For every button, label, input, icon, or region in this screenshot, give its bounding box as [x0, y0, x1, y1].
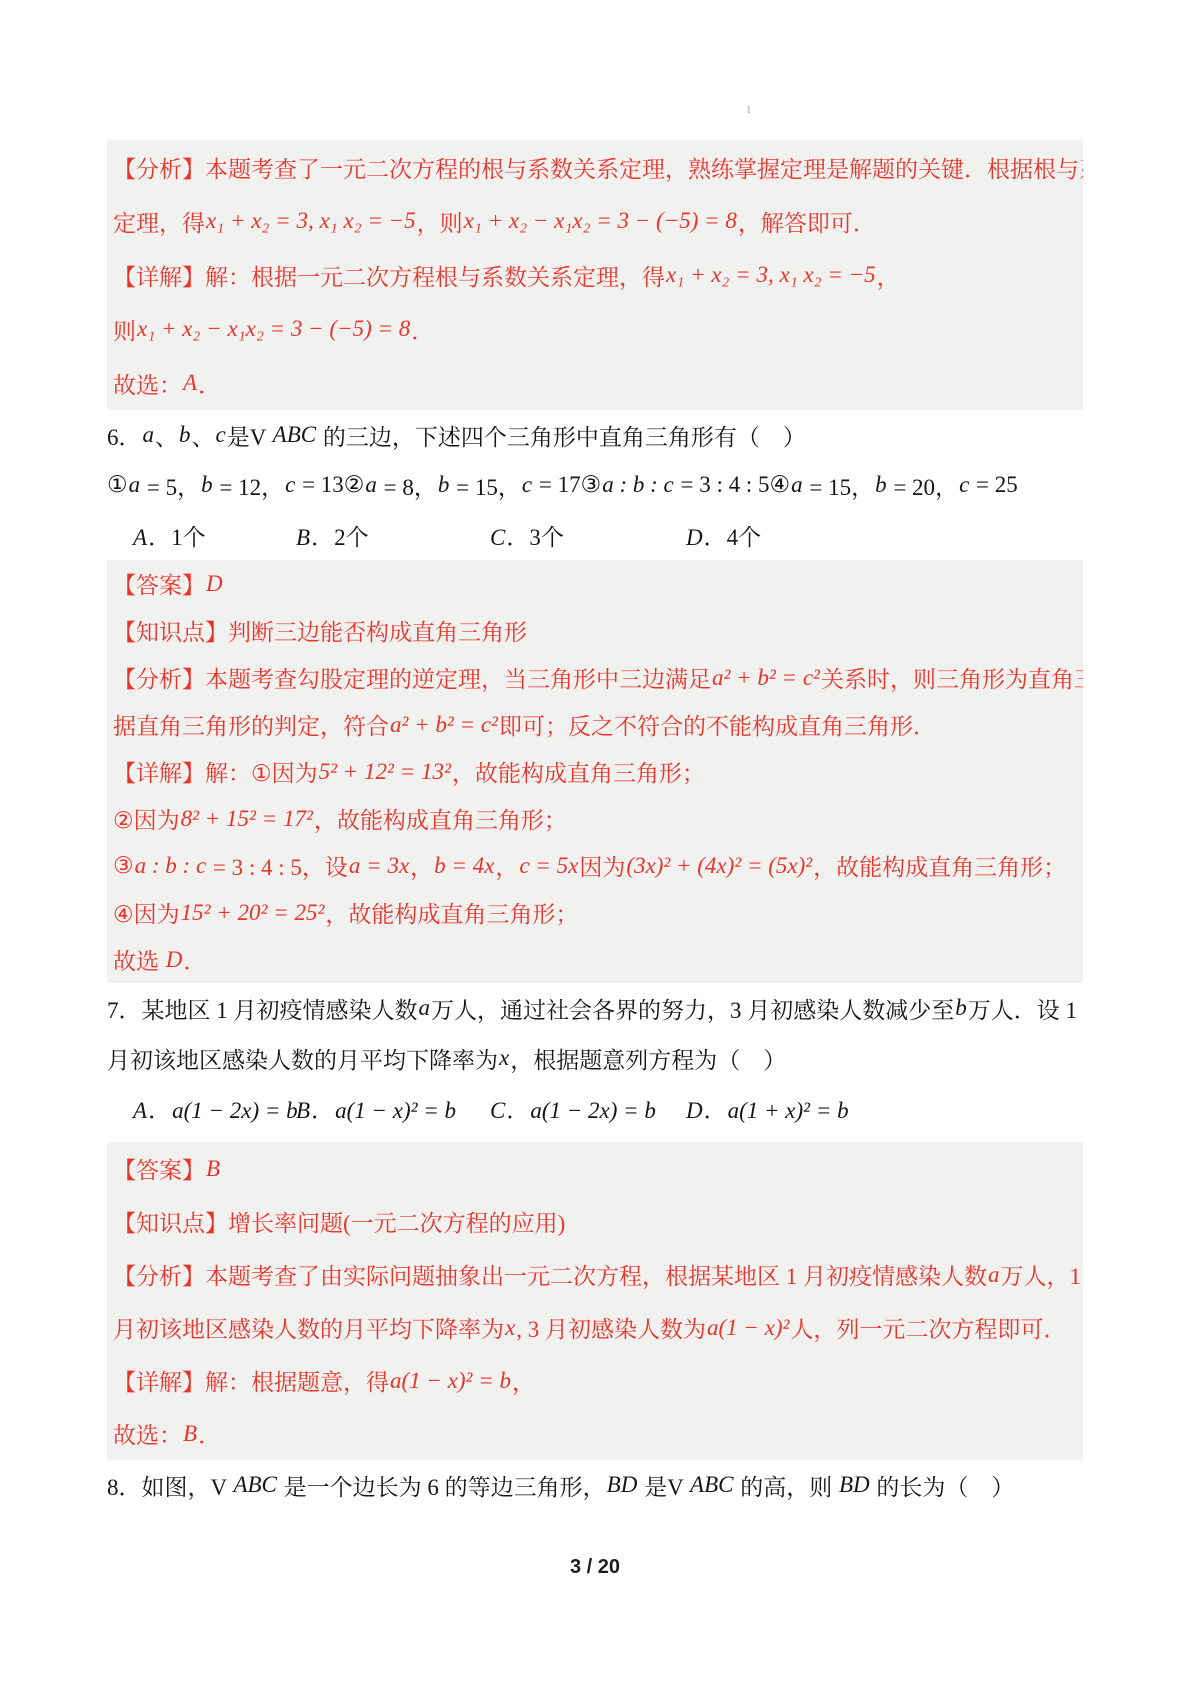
math-text: b: [200, 472, 214, 498]
text-run: 故选：: [113, 367, 182, 400]
text-run: = 3 : 4 : 5④: [675, 472, 790, 498]
text-run: 【分析】本题考查勾股定理的逆定理，当三角形中三边满足: [113, 661, 711, 694]
math-text: BD: [838, 1472, 871, 1498]
math-text: D: [205, 571, 224, 597]
text-run: 万人，通过社会各界的努力，3 月初感染人数减少至: [431, 992, 954, 1025]
document-page: I 【分析】本题考查了一元二次方程的根与系数关系定理，熟练掌握定理是解题的关键．…: [0, 0, 1190, 1683]
math-text: B: [205, 1156, 221, 1182]
text-run: 因为: [579, 849, 625, 882]
text-run: 故选：: [113, 1417, 182, 1450]
math-text: x: [498, 1045, 510, 1071]
text-line: 【知识点】增长率问题(一元二次方程的应用): [107, 1195, 1083, 1248]
math-text: A: [132, 1098, 148, 1123]
option-cell: A．a(1 − 2x) = b: [132, 1092, 295, 1125]
text-run: , 3 月初感染人数为: [516, 1311, 706, 1344]
text-line: 【答案】B: [107, 1142, 1083, 1195]
option-cell: B．2个: [295, 519, 489, 552]
math-text: b: [178, 422, 192, 448]
math-text: C: [489, 1098, 506, 1123]
text-run: 8．如图，V: [107, 1469, 232, 1502]
text-line: 月初该地区感染人数的月平均下降率为x, 3 月初感染人数为a(1 − x)²人，…: [107, 1301, 1083, 1354]
math-text: 8² + 15² = 17²: [180, 806, 314, 832]
text-line: ④因为15² + 20² = 25²，故能构成直角三角形；: [107, 889, 1083, 936]
text-run: 的三边，下述四个三角形中直角三角形有（ ）: [317, 419, 806, 452]
math-text: c = 5x: [518, 853, 579, 879]
text-run: ④因为: [113, 896, 180, 929]
text-run: ．: [506, 1098, 529, 1123]
text-line: ①a = 5，b = 12，c = 13②a = 8，b = 15，c = 17…: [107, 460, 1083, 510]
text-run: 6．: [107, 419, 142, 452]
text-run: ．2个: [311, 525, 369, 550]
question-7: 7．某地区 1 月初疫情感染人数a万人，通过社会各界的努力，3 月初感染人数减少…: [107, 983, 1083, 1133]
text-run: ．: [311, 1098, 334, 1123]
text-run: 月初该地区感染人数的月平均下降率为: [113, 1311, 504, 1344]
text-run: 的长为（ ）: [871, 1469, 1015, 1502]
text-run: ①: [107, 472, 128, 498]
math-text: c: [284, 472, 296, 498]
math-text: a = 3x: [348, 853, 410, 879]
text-run: 故选: [113, 943, 165, 976]
text-line: 【知识点】判断三边能否构成直角三角形: [107, 607, 1083, 654]
text-line: 【详解】解：①因为5² + 12² = 13²，故能构成直角三角形；: [107, 748, 1083, 795]
math-text: a(1 − 2x) = b: [529, 1098, 657, 1123]
text-line: 定理，得x₁ + x₂ = 3, x₁ x₂ = −5，则x₁ + x₂ − x…: [107, 194, 1083, 248]
text-run: ．3个: [506, 525, 564, 550]
math-text: 15² + 20² = 25²: [180, 900, 326, 926]
text-run: 关系时，则三角形为直角三角形．根: [821, 661, 1083, 694]
text-run: 是一个边长为 6 的等边三角形，: [278, 1469, 606, 1502]
math-text: ABC: [689, 1472, 734, 1498]
math-text: a(1 − 2x) = b: [171, 1098, 299, 1123]
math-text: a: [418, 995, 432, 1021]
text-run: ，: [877, 259, 900, 292]
text-run: ，故能构成直角三角形；: [325, 896, 578, 929]
text-run: ，则: [417, 205, 463, 238]
math-text: a: [790, 472, 804, 498]
text-line: 【分析】本题考查了一元二次方程的根与系数关系定理，熟练掌握定理是解题的关键．根据…: [107, 140, 1083, 194]
math-text: b = 4x: [433, 853, 495, 879]
solution-block-q7: 【答案】B【知识点】增长率问题(一元二次方程的应用)【分析】本题考查了由实际问题…: [107, 1142, 1083, 1460]
text-run: ．: [198, 1417, 221, 1450]
math-text: B: [295, 1098, 311, 1123]
question-6: 6．a、b、c是V ABC 的三边，下述四个三角形中直角三角形有（ ）①a = …: [107, 410, 1083, 560]
text-run: 【分析】本题考查了一元二次方程的根与系数关系定理，熟练掌握定理是解题的关键．根据…: [113, 151, 1083, 184]
text-line: 故选：A．: [107, 356, 1083, 410]
math-text: a: [128, 472, 142, 498]
math-text: b: [874, 472, 888, 498]
text-run: 即可；反之不符合的不能构成直角三角形．: [499, 708, 936, 741]
text-line: 【分析】本题考查勾股定理的逆定理，当三角形中三边满足a² + b² = c²关系…: [107, 654, 1083, 701]
option-cell: B．a(1 − x)² = b: [295, 1092, 489, 1125]
text-run: ．: [704, 1098, 727, 1123]
option-cell: C．3个: [489, 519, 685, 552]
text-run: 万人，1 月初至 3: [1001, 1258, 1084, 1291]
text-line: 6．a、b、c是V ABC 的三边，下述四个三角形中直角三角形有（ ）: [107, 410, 1083, 460]
math-text: BD: [606, 1472, 639, 1498]
solution-block-q6: 【答案】D【知识点】判断三边能否构成直角三角形【分析】本题考查勾股定理的逆定理，…: [107, 560, 1083, 983]
math-text: c: [958, 472, 970, 498]
text-run: 是V: [227, 419, 272, 452]
text-line: 8．如图，V ABC 是一个边长为 6 的等边三角形，BD 是V ABC 的高，…: [107, 1460, 1083, 1510]
text-line: 【详解】解：根据一元二次方程根与系数关系定理，得x₁ + x₂ = 3, x₁ …: [107, 248, 1083, 302]
math-text: a² + b² = c²: [389, 712, 499, 738]
math-text: a(1 − x)² = b: [389, 1368, 512, 1394]
text-run: = 20，: [888, 469, 958, 502]
text-run: 【知识点】增长率问题(一元二次方程的应用): [113, 1205, 565, 1238]
text-run: 人，列一元二次方程即可．: [790, 1311, 1066, 1344]
math-text: B: [182, 1421, 198, 1447]
text-run: ．: [198, 367, 221, 400]
math-text: b: [437, 472, 451, 498]
math-text: a: [987, 1262, 1001, 1288]
text-run: ，故能构成直角三角形；: [314, 802, 567, 835]
math-text: a: [364, 472, 378, 498]
text-run: 则: [113, 313, 136, 346]
math-text: x₁ + x₂ = 3, x₁ x₂ = −5: [205, 208, 417, 234]
text-line: A．1个B．2个C．3个D．4个: [107, 510, 1083, 560]
text-line: 月初该地区感染人数的月平均下降率为x，根据题意列方程为（ ）: [107, 1033, 1083, 1083]
text-run: ，: [495, 849, 518, 882]
text-run: = 13②: [296, 472, 364, 498]
math-text: a(1 + x)² = b: [727, 1098, 850, 1123]
text-run: 【分析】本题考查了由实际问题抽象出一元二次方程，根据某地区 1 月初疫情感染人数: [113, 1258, 987, 1291]
math-text: x₁ + x₂ − x₁x₂ = 3 − (−5) = 8: [136, 316, 411, 342]
math-text: c: [215, 422, 227, 448]
option-cell: C．a(1 − 2x) = b: [489, 1092, 685, 1125]
text-run: 万人．设 1 月初至 3: [968, 992, 1083, 1025]
text-run: = 15，: [804, 469, 874, 502]
text-run: 、: [155, 419, 178, 452]
text-run: ，故能构成直角三角形；: [452, 755, 705, 788]
text-run: = 3 : 4 : 5，设: [207, 849, 348, 882]
text-run: 据直角三角形的判定，符合: [113, 708, 389, 741]
text-run: ②因为: [113, 802, 180, 835]
text-run: ③: [113, 853, 134, 879]
math-text: a : b : c: [134, 853, 208, 879]
text-run: ．: [411, 313, 434, 346]
text-run: 的高，则: [734, 1469, 838, 1502]
text-run: ，: [512, 1364, 535, 1397]
text-run: = 25: [970, 472, 1017, 498]
text-run: ，: [410, 849, 433, 882]
math-text: a : b : c: [601, 472, 675, 498]
math-text: b: [954, 995, 968, 1021]
math-text: D: [165, 947, 184, 973]
page-content: 【分析】本题考查了一元二次方程的根与系数关系定理，熟练掌握定理是解题的关键．根据…: [107, 0, 1083, 1510]
math-text: D: [685, 525, 704, 550]
math-text: c: [521, 472, 533, 498]
text-run: ．: [183, 943, 206, 976]
math-text: a: [142, 422, 156, 448]
math-text: D: [685, 1098, 704, 1123]
solution-block-q5: 【分析】本题考查了一元二次方程的根与系数关系定理，熟练掌握定理是解题的关键．根据…: [107, 140, 1083, 410]
math-text: C: [489, 525, 506, 550]
text-run: ，根据题意列方程为（ ）: [510, 1042, 786, 1075]
text-run: ．1个: [148, 525, 206, 550]
text-run: = 15，: [450, 469, 520, 502]
math-text: 5² + 12² = 13²: [318, 759, 452, 785]
math-text: ABC: [232, 1472, 277, 1498]
text-line: A．a(1 − 2x) = bB．a(1 − x)² = bC．a(1 − 2x…: [107, 1083, 1083, 1133]
text-run: = 8，: [378, 469, 437, 502]
text-line: 【分析】本题考查了由实际问题抽象出一元二次方程，根据某地区 1 月初疫情感染人数…: [107, 1248, 1083, 1301]
text-run: = 5，: [141, 469, 200, 502]
text-run: 【答案】: [113, 1152, 205, 1185]
math-text: A: [182, 370, 198, 396]
math-text: a² + b² = c²: [711, 665, 821, 691]
option-cell: A．1个: [132, 519, 295, 552]
math-text: B: [295, 525, 311, 550]
text-line: 故选：B．: [107, 1407, 1083, 1460]
math-text: x: [504, 1315, 516, 1341]
math-text: A: [132, 525, 148, 550]
text-run: = 12，: [214, 469, 284, 502]
math-text: a(1 − x)² = b: [334, 1098, 457, 1123]
math-text: x₁ + x₂ − x₁x₂ = 3 − (−5) = 8: [463, 208, 738, 234]
text-run: 7．某地区 1 月初疫情感染人数: [107, 992, 418, 1025]
text-line: 据直角三角形的判定，符合a² + b² = c²即可；反之不符合的不能构成直角三…: [107, 701, 1083, 748]
text-line: ③a : b : c = 3 : 4 : 5，设a = 3x，b = 4x，c …: [107, 842, 1083, 889]
text-line: 则x₁ + x₂ − x₁x₂ = 3 − (−5) = 8．: [107, 302, 1083, 356]
math-text: ABC: [272, 422, 317, 448]
option-cell: D．a(1 + x)² = b: [685, 1092, 850, 1125]
text-line: 【详解】解：根据题意，得a(1 − x)² = b，: [107, 1354, 1083, 1407]
math-text: (3x)² + (4x)² = (5x)²: [625, 853, 813, 879]
option-cell: D．4个: [685, 519, 761, 552]
text-run: 【详解】解：根据题意，得: [113, 1364, 389, 1397]
text-line: 7．某地区 1 月初疫情感染人数a万人，通过社会各界的努力，3 月初感染人数减少…: [107, 983, 1083, 1033]
text-run: 、: [192, 419, 215, 452]
text-run: 是V: [638, 1469, 689, 1502]
text-run: ，解答即可．: [738, 205, 876, 238]
page-number: 3 / 20: [0, 1556, 1190, 1579]
text-run: 月初该地区感染人数的月平均下降率为: [107, 1042, 498, 1075]
text-run: ，故能构成直角三角形；: [813, 849, 1066, 882]
text-run: 【详解】解：①因为: [113, 755, 318, 788]
math-text: x₁ + x₂ = 3, x₁ x₂ = −5: [665, 262, 877, 288]
question-8: 8．如图，V ABC 是一个边长为 6 的等边三角形，BD 是V ABC 的高，…: [107, 1460, 1083, 1510]
math-text: a(1 − x)²: [706, 1315, 790, 1341]
text-line: 【答案】D: [107, 560, 1083, 607]
text-run: 【知识点】判断三边能否构成直角三角形: [113, 614, 527, 647]
text-run: = 17③: [533, 472, 601, 498]
text-run: ．4个: [704, 525, 762, 550]
text-line: 故选 D．: [107, 936, 1083, 983]
text-run: 定理，得: [113, 205, 205, 238]
text-run: 【答案】: [113, 567, 205, 600]
text-run: ．: [148, 1098, 171, 1123]
text-run: 【详解】解：根据一元二次方程根与系数关系定理，得: [113, 259, 665, 292]
text-line: ②因为8² + 15² = 17²，故能构成直角三角形；: [107, 795, 1083, 842]
